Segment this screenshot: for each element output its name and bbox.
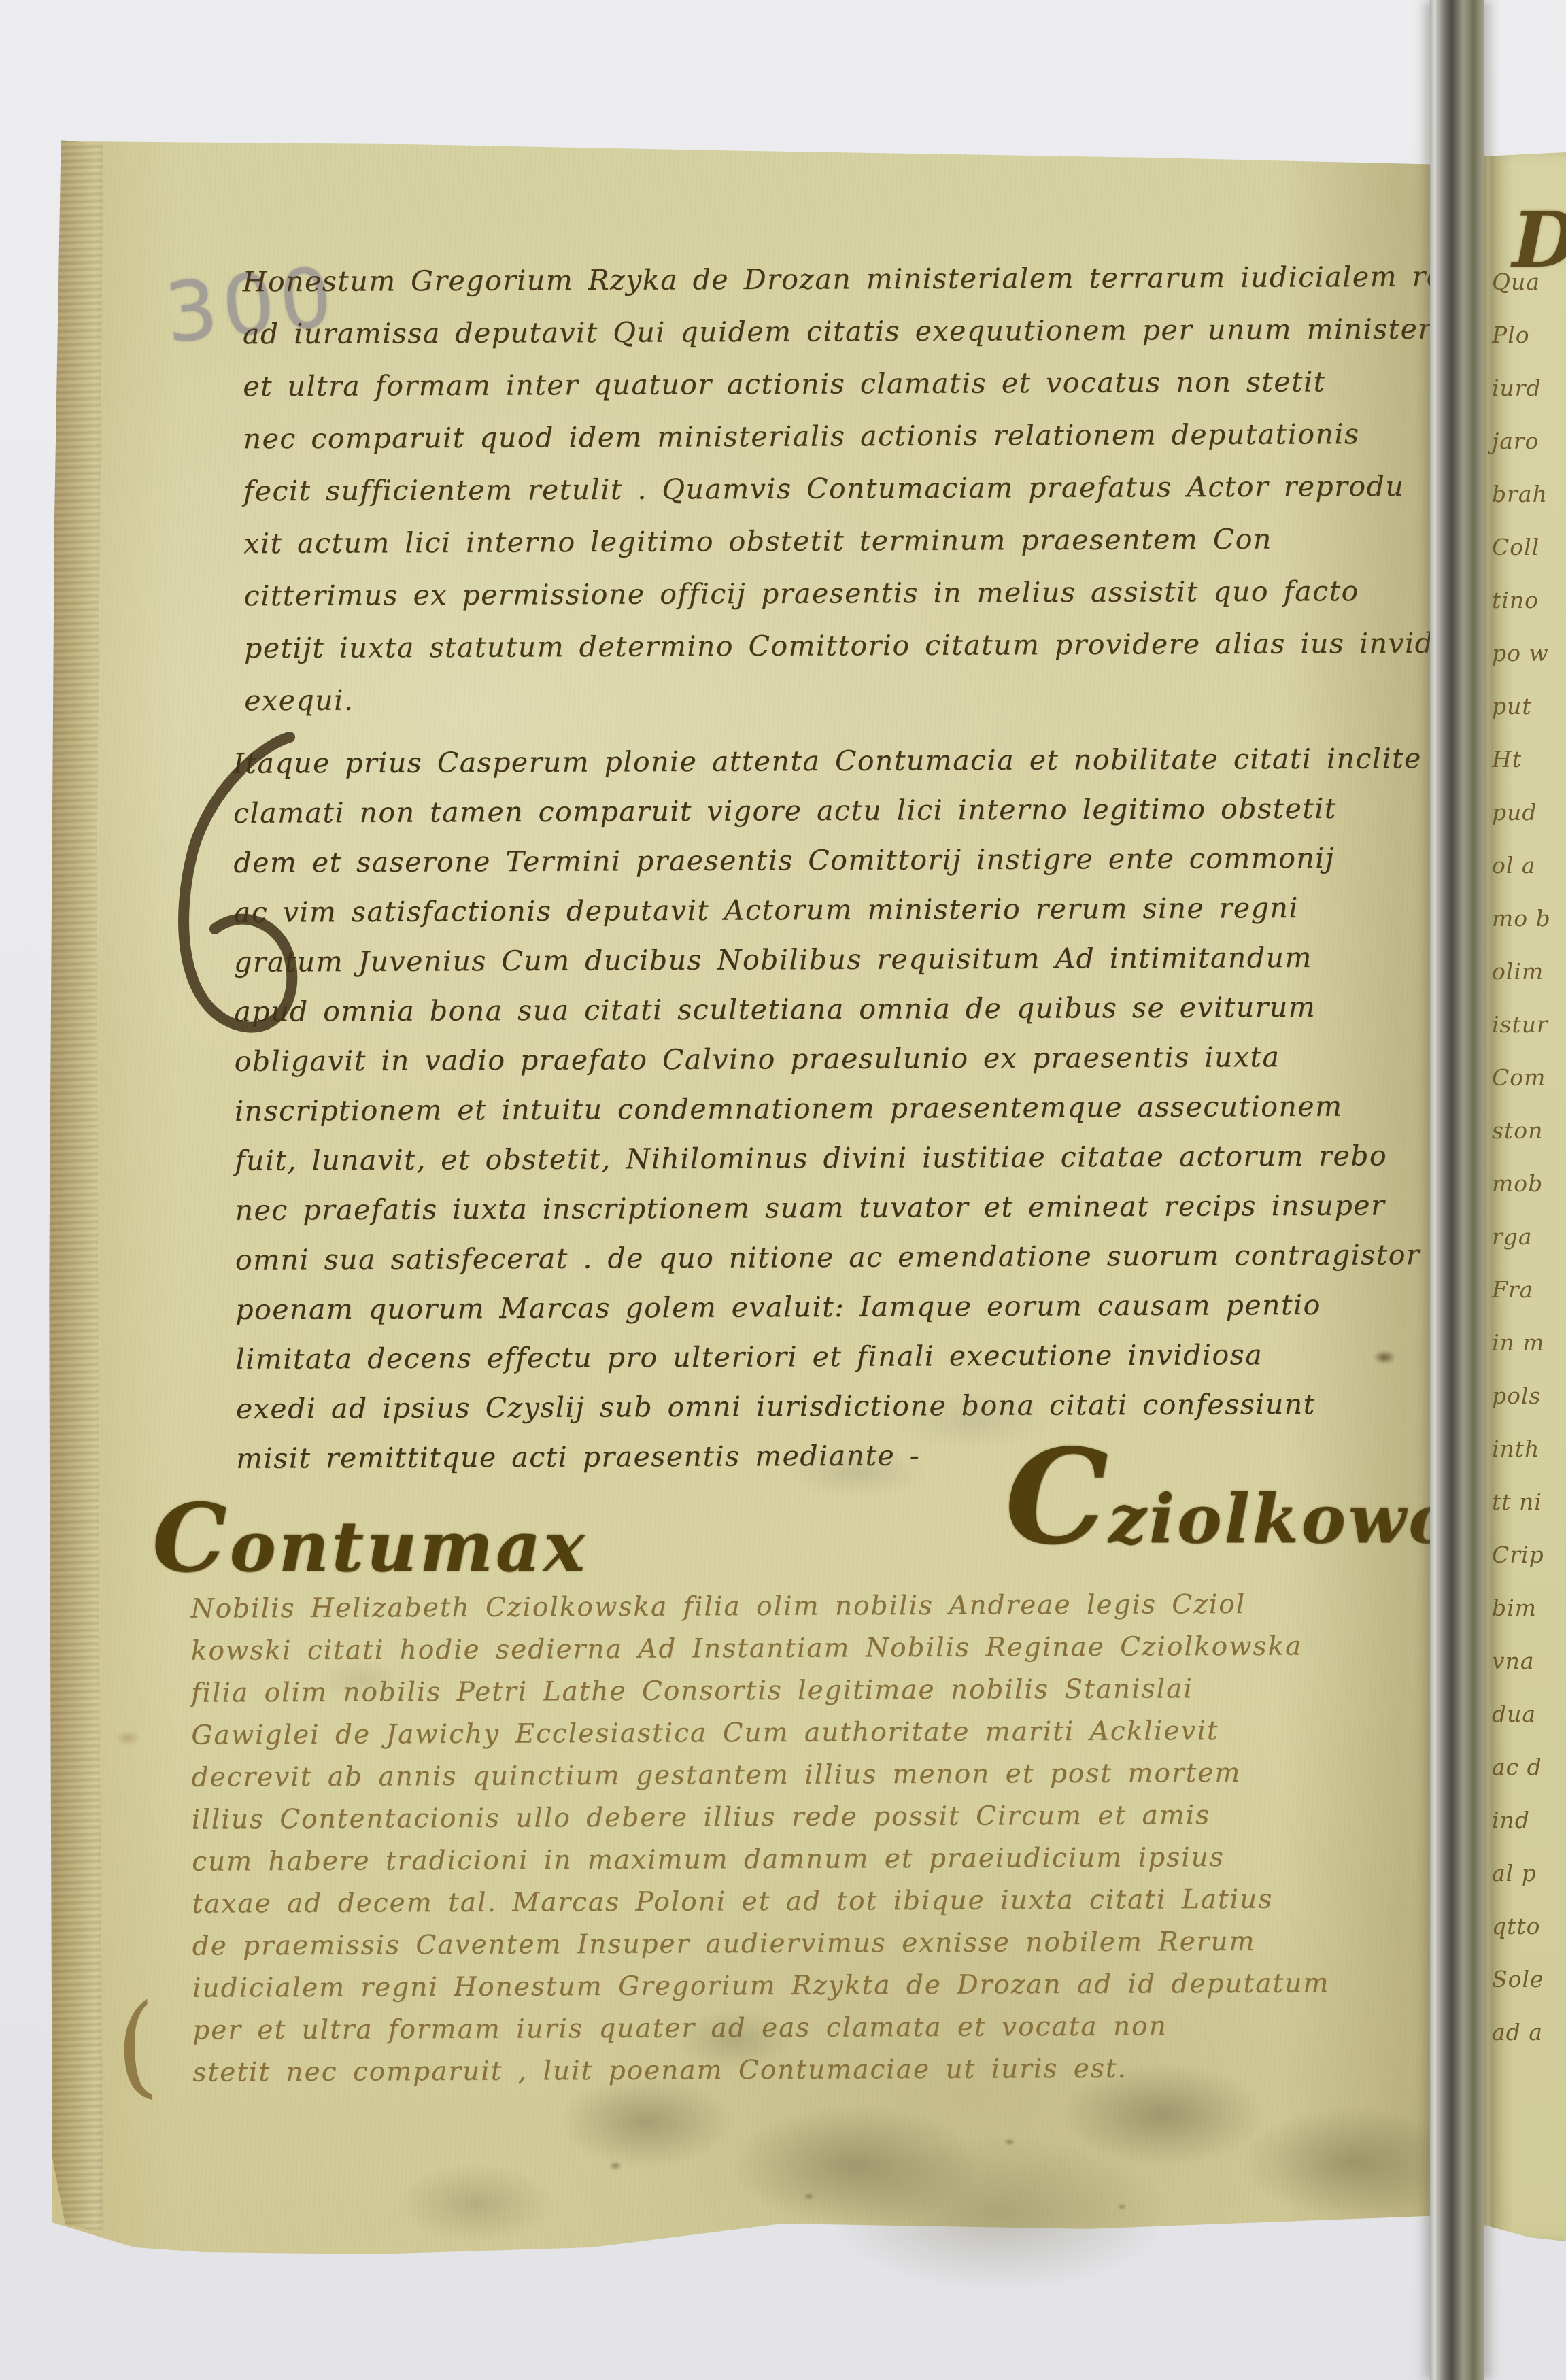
text-line: in m <box>1492 1316 1551 1370</box>
text-line: olim <box>1492 945 1551 998</box>
text-line: de praemissis Caventem Insuper audiervim… <box>192 1920 1330 1967</box>
text-line: nec praefatis iuxta inscriptionem suam t… <box>235 1180 1423 1236</box>
text-line: Com <box>1492 1051 1551 1104</box>
text-line: al p <box>1492 1847 1551 1900</box>
text-line: pud <box>1492 786 1551 839</box>
text-line: petijt iuxta statutum determino Comittor… <box>244 617 1566 675</box>
text-line: brah <box>1492 468 1551 521</box>
text-line: tt ni <box>1492 1476 1551 1529</box>
text-line: gratum Juvenius Cum ducibus Nobilibus re… <box>234 932 1423 987</box>
page-edge-stack <box>49 140 103 2241</box>
text-line: fecit sufficientem retulit . Quamvis Con… <box>243 460 1566 518</box>
text-line: apud omnia bona sua citati scultetiana o… <box>234 982 1423 1037</box>
text-line: ind <box>1492 1794 1551 1847</box>
text-line: Nobilis Helizabeth Cziolkowska filia oli… <box>190 1583 1328 1630</box>
text-line: ol a <box>1492 839 1551 892</box>
text-line: inth <box>1492 1423 1551 1476</box>
text-line: taxae ad decem tal. Marcas Poloni et ad … <box>192 1878 1329 1925</box>
text-line: exequi. <box>244 669 1566 728</box>
text-line: exedi ad ipsius Czyslij sub omni iurisdi… <box>236 1379 1425 1434</box>
book-rod <box>1430 0 1484 2380</box>
paragraph-3: Nobilis Helizabeth Cziolkowska filia oli… <box>190 1583 1330 2094</box>
text-line: poenam quorum Marcas golem evaluit: Iamq… <box>235 1280 1424 1335</box>
text-line: inscriptionem et intuitu condemnationem … <box>235 1081 1423 1136</box>
text-line: ac d <box>1492 1741 1551 1794</box>
text-line: Honestum Gregorium Rzyka de Drozan minis… <box>242 250 1566 309</box>
text-line: po w <box>1492 627 1551 680</box>
text-line: Plo <box>1492 309 1551 362</box>
adjacent-page: De QuaPloiurdjarobrahColltinopo wputHtpu… <box>1482 152 1566 2241</box>
text-line: istur <box>1492 998 1551 1051</box>
text-line: nec comparuit quod idem ministerialis ac… <box>243 407 1566 466</box>
text-line: omni sua satisfecerat . de quo nitione a… <box>235 1230 1424 1285</box>
text-line: per et ultra formam iuris quater ad eas … <box>192 2005 1330 2052</box>
text-line: Itaque prius Casperum plonie attenta Con… <box>233 734 1422 789</box>
text-line: Ht <box>1492 733 1551 786</box>
text-line: put <box>1492 680 1551 733</box>
entry-heading-cziolkowo: Cziolkowo <box>1005 1462 1456 1559</box>
text-line: bim <box>1492 1582 1551 1635</box>
text-line: Qua <box>1492 256 1551 309</box>
text-line: iudicialem regni Honestum Gregorium Rzyk… <box>192 1962 1330 2009</box>
text-line: mob <box>1492 1157 1551 1210</box>
text-line: clamati non tamen comparuit vigore actu … <box>233 783 1422 838</box>
text-line: Fra <box>1492 1263 1551 1316</box>
text-line: et ultra formam inter quatuor actionis c… <box>243 355 1566 413</box>
text-line: jaro <box>1492 415 1551 468</box>
text-line: limitata decens effectu pro ulteriori et… <box>235 1329 1424 1384</box>
text-line: tino <box>1492 574 1551 627</box>
text-line: ad iuramissa deputavit Qui quidem citati… <box>243 303 1566 361</box>
text-line: cum habere tradicioni in maximum damnum … <box>192 1836 1329 1883</box>
text-line: kowski citati hodie sedierna Ad Instanti… <box>191 1625 1329 1672</box>
paragraph-1: Honestum Gregorium Rzyka de Drozan minis… <box>242 250 1566 728</box>
text-line: decrevit ab annis quinctium gestantem il… <box>191 1752 1329 1799</box>
text-line: illius Contentacionis ullo debere illius… <box>192 1794 1329 1841</box>
text-line: Gawiglei de Jawichy Ecclesiastica Cum au… <box>191 1710 1329 1756</box>
text-line: citterimus ex permissione officij praese… <box>244 564 1566 623</box>
text-line: dem et saserone Termini praesentis Comit… <box>233 833 1422 888</box>
text-line: qtto <box>1492 1900 1551 1953</box>
text-line: xit actum lici interno legitimo obstetit… <box>243 512 1566 571</box>
text-line: ac vim satisfactionis deputavit Actorum … <box>234 883 1423 938</box>
text-line: Coll <box>1492 521 1551 574</box>
text-line: stetit nec comparuit , luit poenam Contu… <box>192 2047 1330 2094</box>
text-line: rga <box>1492 1210 1551 1263</box>
text-line: filia olim nobilis Petri Lathe Consortis… <box>191 1667 1329 1714</box>
text-line: fuit, lunavit, et obstetit, Nihilominus … <box>235 1131 1423 1186</box>
text-line: obligavit in vadio praefato Calvino prae… <box>235 1032 1423 1087</box>
text-line: dua <box>1492 1688 1551 1741</box>
entry-heading-contumax: Contumax <box>152 1484 588 1593</box>
text-line: Crip <box>1492 1529 1551 1582</box>
text-line: vna <box>1492 1635 1551 1688</box>
text-line: ston <box>1492 1104 1551 1157</box>
text-line: iurd <box>1492 362 1551 415</box>
paragraph-2: Itaque prius Casperum plonie attenta Con… <box>233 734 1425 1484</box>
text-line: mo b <box>1492 892 1551 945</box>
text-line: ad a <box>1492 2006 1551 2059</box>
text-line: Sole <box>1492 1953 1551 2006</box>
text-line: pols <box>1492 1370 1551 1423</box>
adjacent-page-fragments: QuaPloiurdjarobrahColltinopo wputHtpudol… <box>1492 256 1551 2059</box>
manuscript-photo: 300 Honestum Gregorium Rzyka de Drozan m… <box>0 0 1566 2380</box>
